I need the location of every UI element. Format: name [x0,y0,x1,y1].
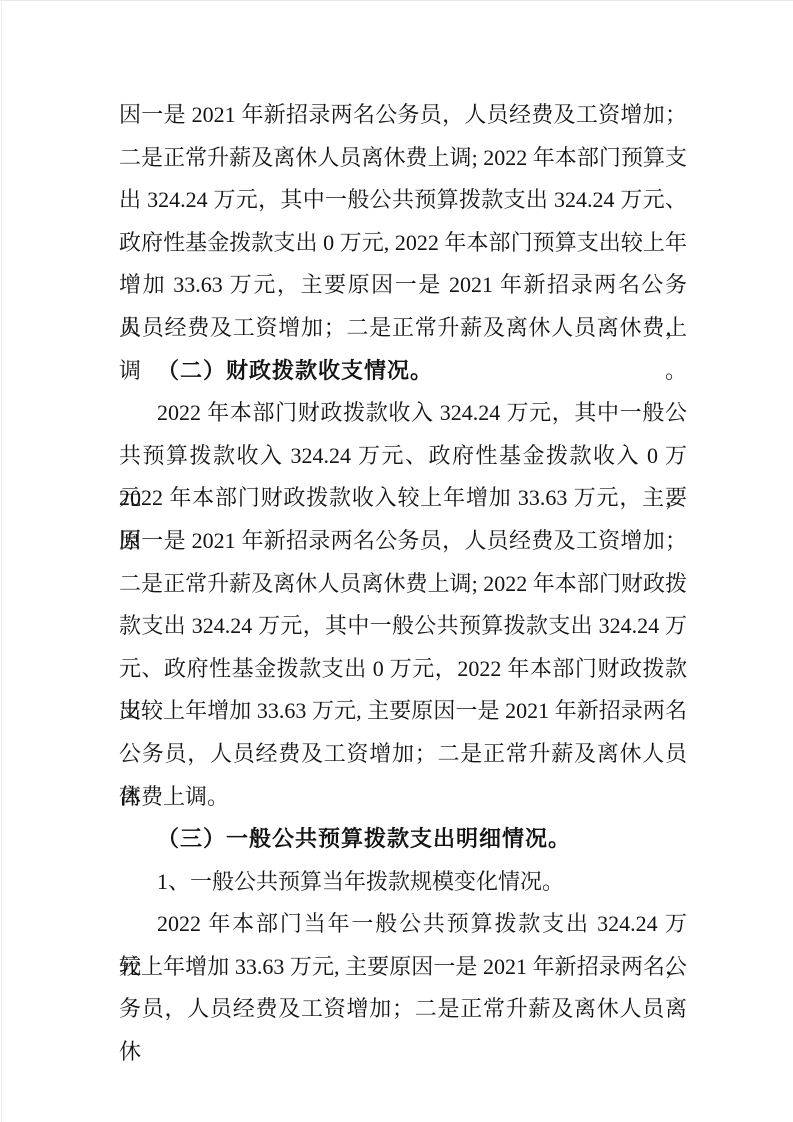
body-line: 共预算拨款收入 324.24 万元、政府性基金拨款收入 0 万元， [119,435,687,478]
section-heading: （三）一般公共预算拨款支出明细情况。 [119,818,687,861]
body-line: 因一是 2021 年新招录两名公务员，人员经费及工资增加； [119,520,687,563]
body-line: 2022 年本部门财政拨款收入较上年增加 33.63 万元，主要原 [119,477,687,520]
text-block: 因一是 2021 年新招录两名公务员，人员经费及工资增加； 二是正常升薪及离休人… [119,94,687,1031]
body-line: 款支出 324.24 万元，其中一般公共预算拨款支出 324.24 万 [119,605,687,648]
body-line: 人员经费及工资增加；二是正常升薪及离休人员离休费上调。 [119,307,687,350]
body-line: 出较上年增加 33.63 万元, 主要原因一是 2021 年新招录两名 [119,690,687,733]
body-line: 元、政府性基金拨款支出 0 万元，2022 年本部门财政拨款支 [119,648,687,691]
body-line: 2022 年本部门当年一般公共预算拨款支出 324.24 万元， [119,903,687,946]
body-line: 政府性基金拨款支出 0 万元, 2022 年本部门预算支出较上年 [119,222,687,265]
body-line: 务员，人员经费及工资增加；二是正常升薪及离休人员离休 [119,988,687,1031]
document-page: 因一是 2021 年新招录两名公务员，人员经费及工资增加； 二是正常升薪及离休人… [0,0,793,1122]
body-line: 公务员，人员经费及工资增加；二是正常升薪及离休人员离 [119,733,687,776]
body-line: 较上年增加 33.63 万元, 主要原因一是 2021 年新招录两名公 [119,946,687,989]
body-line: 增加 33.63 万元，主要原因一是 2021 年新招录两名公务员， [119,264,687,307]
body-line: 2022 年本部门财政拨款收入 324.24 万元，其中一般公 [119,392,687,435]
sub-heading: 1、一般公共预算当年拨款规模变化情况。 [119,861,687,904]
body-line: 二是正常升薪及离休人员离休费上调; 2022 年本部门财政拨 [119,563,687,606]
body-line: 休费上调。 [119,776,687,819]
body-line: 出 324.24 万元，其中一般公共预算拨款支出 324.24 万元、 [119,179,687,222]
body-line: 二是正常升薪及离休人员离休费上调; 2022 年本部门预算支 [119,137,687,180]
body-line: 因一是 2021 年新招录两名公务员，人员经费及工资增加； [119,94,687,137]
